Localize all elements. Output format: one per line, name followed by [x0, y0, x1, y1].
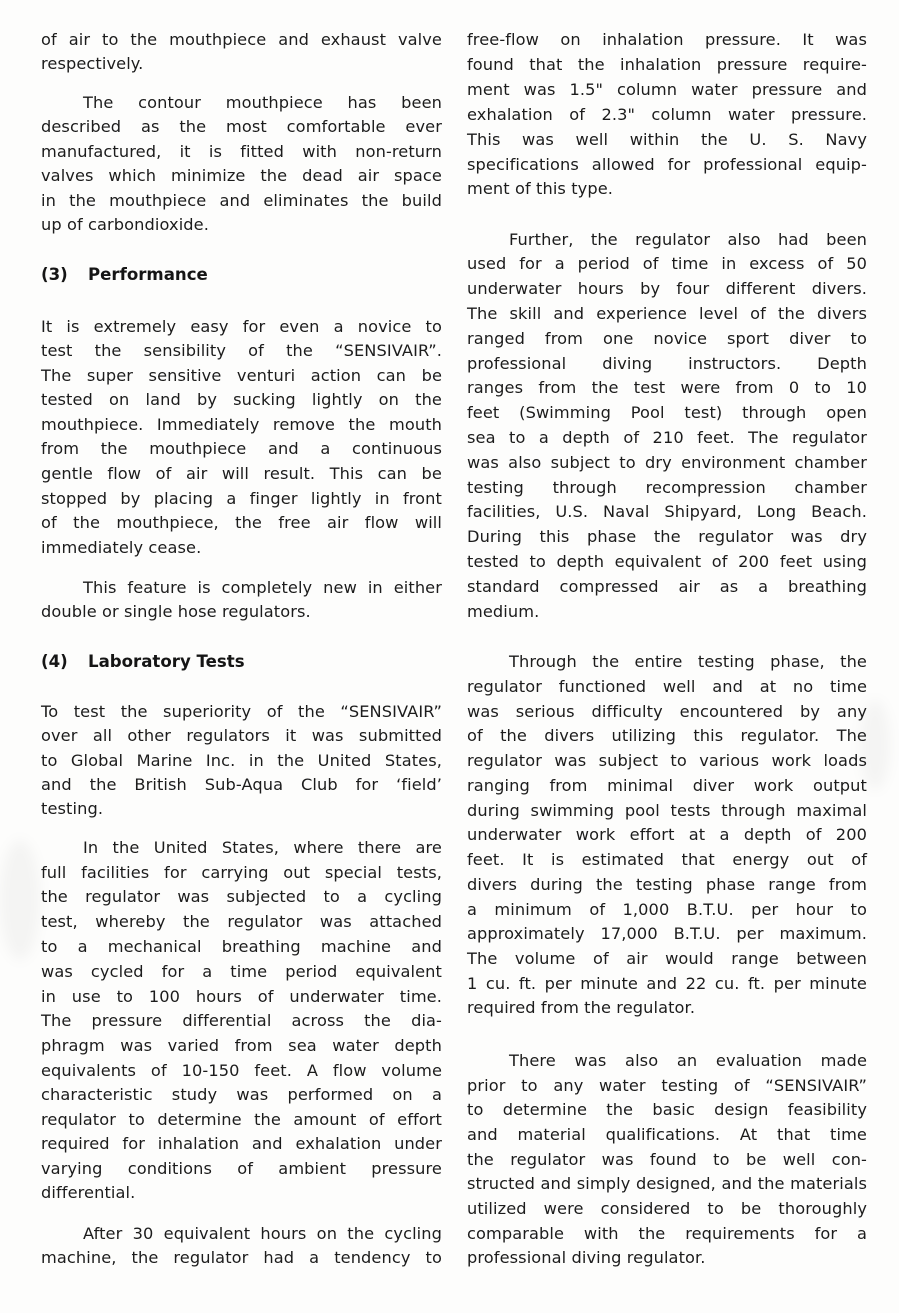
text-line: In the United States, where there are: [41, 836, 442, 860]
text-line: characteristic study was performed on a: [41, 1083, 442, 1107]
text-line: up of carbondioxide.: [41, 213, 442, 237]
text-line: specifications allowed for professional …: [467, 153, 867, 177]
section-title: Laboratory Tests: [88, 652, 245, 671]
text-line: testing.: [41, 797, 442, 821]
text-line: regulator was subject to various work lo…: [467, 749, 867, 773]
text-line: underwater hours by four different diver…: [467, 277, 867, 301]
text-line: of the mouthpiece, the free air flow wil…: [41, 511, 442, 535]
text-line: to Global Marine Inc. in the United Stat…: [41, 749, 442, 773]
text-line: differential.: [41, 1181, 442, 1205]
text-line: of the divers utilizing this regulator. …: [467, 724, 867, 748]
text-line: approximately 17,000 B.T.U. per maximum.: [467, 922, 867, 946]
text-line: comparable with the requirements for a: [467, 1222, 867, 1246]
text-line: in use to 100 hours of underwater time.: [41, 985, 442, 1009]
text-line: machine, the regulator had a tendency to: [41, 1246, 442, 1270]
text-line: The volume of air would range between: [467, 947, 867, 971]
text-line: It is extremely easy for even a novice t…: [41, 315, 442, 339]
text-line: During this phase the regulator was dry: [467, 525, 867, 549]
text-line: ment was 1.5" column water pressure and: [467, 78, 867, 102]
text-line: respectively.: [41, 52, 442, 76]
text-line: ment of this type.: [467, 177, 867, 201]
text-line: underwater work effort at a depth of 200: [467, 823, 867, 847]
scan-smudge: [0, 840, 40, 960]
text-line: was serious difficulty encountered by an…: [467, 700, 867, 724]
text-line: requlator to determine the amount of eff…: [41, 1108, 442, 1132]
text-line: the regulator was subjected to a cycling: [41, 885, 442, 909]
text-line: was cycled for a time period equivalent: [41, 960, 442, 984]
text-line: to determine the basic design feasibilit…: [467, 1098, 867, 1122]
text-line: free-flow on inhalation pressure. It was: [467, 28, 867, 52]
text-line: structed and simply designed, and the ma…: [467, 1172, 867, 1196]
text-line: equivalents of 10-150 feet. A flow volum…: [41, 1059, 442, 1083]
text-line: Through the entire testing phase, the: [467, 650, 867, 674]
text-line: Further, the regulator also had been: [467, 228, 867, 252]
text-line: After 30 equivalent hours on the cycling: [41, 1222, 442, 1246]
text-line: valves which minimize the dead air space: [41, 164, 442, 188]
text-line: professional diving regulator.: [467, 1246, 867, 1270]
text-line: test, whereby the regulator was attached: [41, 910, 442, 934]
text-line: This was well within the U. S. Navy: [467, 128, 867, 152]
text-line: of air to the mouthpiece and exhaust val…: [41, 28, 442, 52]
section-title: Performance: [88, 265, 208, 284]
text-line: tested on land by sucking lightly on the: [41, 388, 442, 412]
text-line: described as the most comfortable ever: [41, 115, 442, 139]
text-line: and material qualifications. At that tim…: [467, 1123, 867, 1147]
text-line: divers during the testing phase range fr…: [467, 873, 867, 897]
text-line: stopped by placing a finger lightly in f…: [41, 487, 442, 511]
text-line: feet. It is estimated that energy out of: [467, 848, 867, 872]
text-line: facilities, U.S. Naval Shipyard, Long Be…: [467, 500, 867, 524]
text-line: and the British Sub-Aqua Club for ‘field…: [41, 773, 442, 797]
text-line: varying conditions of ambient pressure: [41, 1157, 442, 1181]
text-line: double or single hose regulators.: [41, 600, 442, 624]
text-line: tested to depth equivalent of 200 feet u…: [467, 550, 867, 574]
text-line: gentle flow of air will result. This can…: [41, 462, 442, 486]
text-line: in the mouthpiece and eliminates the bui…: [41, 189, 442, 213]
text-line: This feature is completely new in either: [41, 576, 442, 600]
text-line: phragm was varied from sea water depth: [41, 1034, 442, 1058]
text-line: ranges from the test were from 0 to 10: [467, 376, 867, 400]
text-line: mouthpiece. Immediately remove the mouth: [41, 413, 442, 437]
text-line: a minimum of 1,000 B.T.U. per hour to: [467, 898, 867, 922]
text-line: was also subject to dry environment cham…: [467, 451, 867, 475]
text-line: test the sensibility of the “SENSIVAIR”.: [41, 339, 442, 363]
text-line: immediately cease.: [41, 536, 442, 560]
text-line: manufactured, it is fitted with non-retu…: [41, 140, 442, 164]
text-line: The contour mouthpiece has been: [41, 91, 442, 115]
text-line: from the mouthpiece and a continuous: [41, 437, 442, 461]
text-line: sea to a depth of 210 feet. The regulato…: [467, 426, 867, 450]
text-line: found that the inhalation pressure requi…: [467, 53, 867, 77]
text-line: during swimming pool tests through maxim…: [467, 799, 867, 823]
text-line: medium.: [467, 600, 867, 624]
text-line: feet (Swimming Pool test) through open: [467, 401, 867, 425]
text-line: The super sensitive venturi action can b…: [41, 364, 442, 388]
text-line: professional diving instructors. Depth: [467, 352, 867, 376]
scanned-document-page: of air to the mouthpiece and exhaust val…: [0, 0, 899, 1313]
text-line: standard compressed air as a breathing: [467, 575, 867, 599]
text-line: required for inhalation and exhalation u…: [41, 1132, 442, 1156]
text-line: To test the superiority of the “SENSIVAI…: [41, 700, 442, 724]
text-line: exhalation of 2.3" column water pressure…: [467, 103, 867, 127]
text-line: The pressure differential across the dia…: [41, 1009, 442, 1033]
text-line: ranging from minimal diver work output: [467, 774, 867, 798]
text-line: utilized were considered to be thoroughl…: [467, 1197, 867, 1221]
text-line: ranged from one novice sport diver to: [467, 327, 867, 351]
text-line: regulator functioned well and at no time: [467, 675, 867, 699]
text-line: The skill and experience level of the di…: [467, 302, 867, 326]
text-line: 1 cu. ft. per minute and 22 cu. ft. per …: [467, 972, 867, 996]
text-line: over all other regulators it was submitt…: [41, 724, 442, 748]
text-line: to a mechanical breathing machine and: [41, 935, 442, 959]
section-number: (4): [41, 650, 88, 674]
text-line: required from the regulator.: [467, 996, 867, 1020]
text-line: used for a period of time in excess of 5…: [467, 252, 867, 276]
text-line: full facilities for carrying out special…: [41, 861, 442, 885]
text-line: There was also an evaluation made: [467, 1049, 867, 1073]
section-heading-performance: (3)Performance: [41, 263, 208, 287]
section-number: (3): [41, 263, 88, 287]
text-line: the regulator was found to be well con-: [467, 1148, 867, 1172]
section-heading-laboratory-tests: (4)Laboratory Tests: [41, 650, 245, 674]
text-line: prior to any water testing of “SENSIVAIR…: [467, 1074, 867, 1098]
text-line: testing through recompression chamber: [467, 476, 867, 500]
